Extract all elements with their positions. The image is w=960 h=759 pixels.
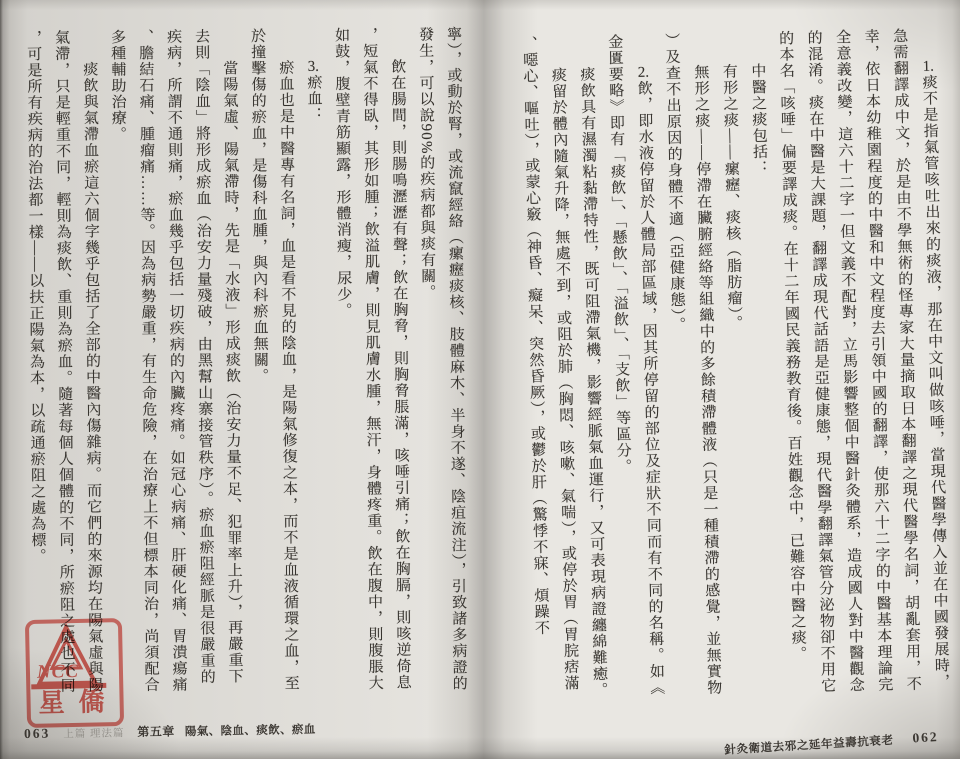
paragraph: 當陽氣虛、陽氣滯時，先是「水液」形成痰飲（治安力量不足、犯罪率上升），再嚴重下去… xyxy=(103,28,249,697)
paragraph-text: 寧），或動於腎，或流竄經絡（瘰癧痰核、肢體麻木、半身不遂、陰疽流注），引致諸多病… xyxy=(417,26,467,692)
paragraph-text: 當陽氣虛、陽氣滯時，先是「水液」形成痰飲（治安力量不足、犯罪率上升），再嚴重下去… xyxy=(109,28,243,693)
paragraph-text: 痰不是指氣管咳吐出來的痰液，那在中文叫做咳唾，當現代醫學傳入並在中國發展時，急需… xyxy=(777,28,949,694)
book-title: 針灸衛道去邪之延年益壽抗衰老 xyxy=(724,732,894,758)
page-number-right: 062 xyxy=(912,729,939,747)
list-number: 1. xyxy=(920,59,936,74)
right-page-footer: 針灸衛道去邪之延年益壽抗衰老 062 xyxy=(724,729,939,758)
part-label: 上篇 理法篇 xyxy=(63,725,124,741)
paragraph: 寧），或動於腎，或流竄經絡（瘰癧痰核、肢體麻木、半身不遂、陰疽流注），引致諸多病… xyxy=(411,26,473,694)
publisher-stamp: NCC 星僑 xyxy=(25,618,124,728)
book-scan: 1.痰不是指氣管咳吐出來的痰液，那在中文叫做咳唾，當現代醫學傳入並在中國發展時，… xyxy=(0,0,960,759)
paragraph-text: 飲在腸間，則腸鳴瀝瀝有聲；飲在胸脅，則胸脅脹滿，咳唾引痛；飲在胸膈，則咳逆倚息，… xyxy=(333,27,411,691)
paragraph-text: 飲，即水液停留於人體局部區域，因其所停留的部位及症狀不同而有不同的名稱。如《金匱… xyxy=(606,34,664,696)
stamp-letters: NCC xyxy=(37,661,80,684)
stamp-name: 星僑 xyxy=(38,681,119,720)
chapter-label: 第五章 xyxy=(137,722,175,740)
paragraph-text: 瘀血： xyxy=(305,74,321,123)
paragraph-text: 無形之痰——停滯在臟腑經絡等組織中的多餘積滯體液（只是一種積滯的感覺，並無實物）… xyxy=(663,32,721,695)
paragraph-text: 中醫之痰包括： xyxy=(749,63,767,177)
paragraph: 痰飲與氣滯血瘀這六個字幾乎包括了全部的中醫內傷雜病。而它們的來源均在陽氣虛與陽氣… xyxy=(19,29,109,698)
page-number-left: 063 xyxy=(24,726,51,742)
left-page-text: 寧），或動於腎，或流竄經絡（瘰癧痰核、肢體麻木、半身不遂、陰疽流注），引致諸多病… xyxy=(19,26,473,698)
list-number: 3. xyxy=(305,59,321,74)
paragraph-text: 有形之痰——瘰癧、痰核（脂肪瘤）。 xyxy=(720,63,742,331)
paragraph-text: 痰留於體內隨氣升降，無處不到，或阻於肺（胸悶、咳嗽、氣喘），或停於胃（胃脘痞滿、… xyxy=(520,35,578,691)
list-number: 2. xyxy=(635,65,651,80)
paragraph-text: 瘀血也是中醫專有名詞，血是看不見的陰血，是陽氣修復之本，而不是血液循環之血，至於… xyxy=(249,28,299,692)
paragraph: 1.痰不是指氣管咳吐出來的痰液，那在中文叫做咳唾，當現代醫學傳入並在中國發展時，… xyxy=(770,27,955,698)
right-page-text: 1.痰不是指氣管咳吐出來的痰液，那在中文叫做咳唾，當現代醫學傳入並在中國發展時，… xyxy=(514,27,955,704)
page-left: 寧），或動於腎，或流竄經絡（瘰癧痰核、肢體麻木、半身不遂、陰疽流注），引致諸多病… xyxy=(0,0,481,759)
paragraph: 瘀血也是中醫專有名詞，血是看不見的陰血，是陽氣修復之本，而不是血液循環之血，至於… xyxy=(243,27,305,695)
paragraph-text: 痰飲與氣滯血瘀這六個字幾乎包括了全部的中醫內傷雜病。而它們的來源均在陽氣虛與陽氣… xyxy=(25,29,103,693)
chapter-title: 陽氣、陰血、痰飲、瘀血 xyxy=(185,721,316,739)
paragraph: 飲在腸間，則腸鳴瀝瀝有聲；飲在胸脅，則胸脅脹滿，咳唾引痛；飲在胸膈，則咳逆倚息，… xyxy=(327,26,417,695)
page-right: 1.痰不是指氣管咳吐出來的痰液，那在中文叫做咳唾，當現代醫學傳入並在中國發展時，… xyxy=(481,0,960,759)
